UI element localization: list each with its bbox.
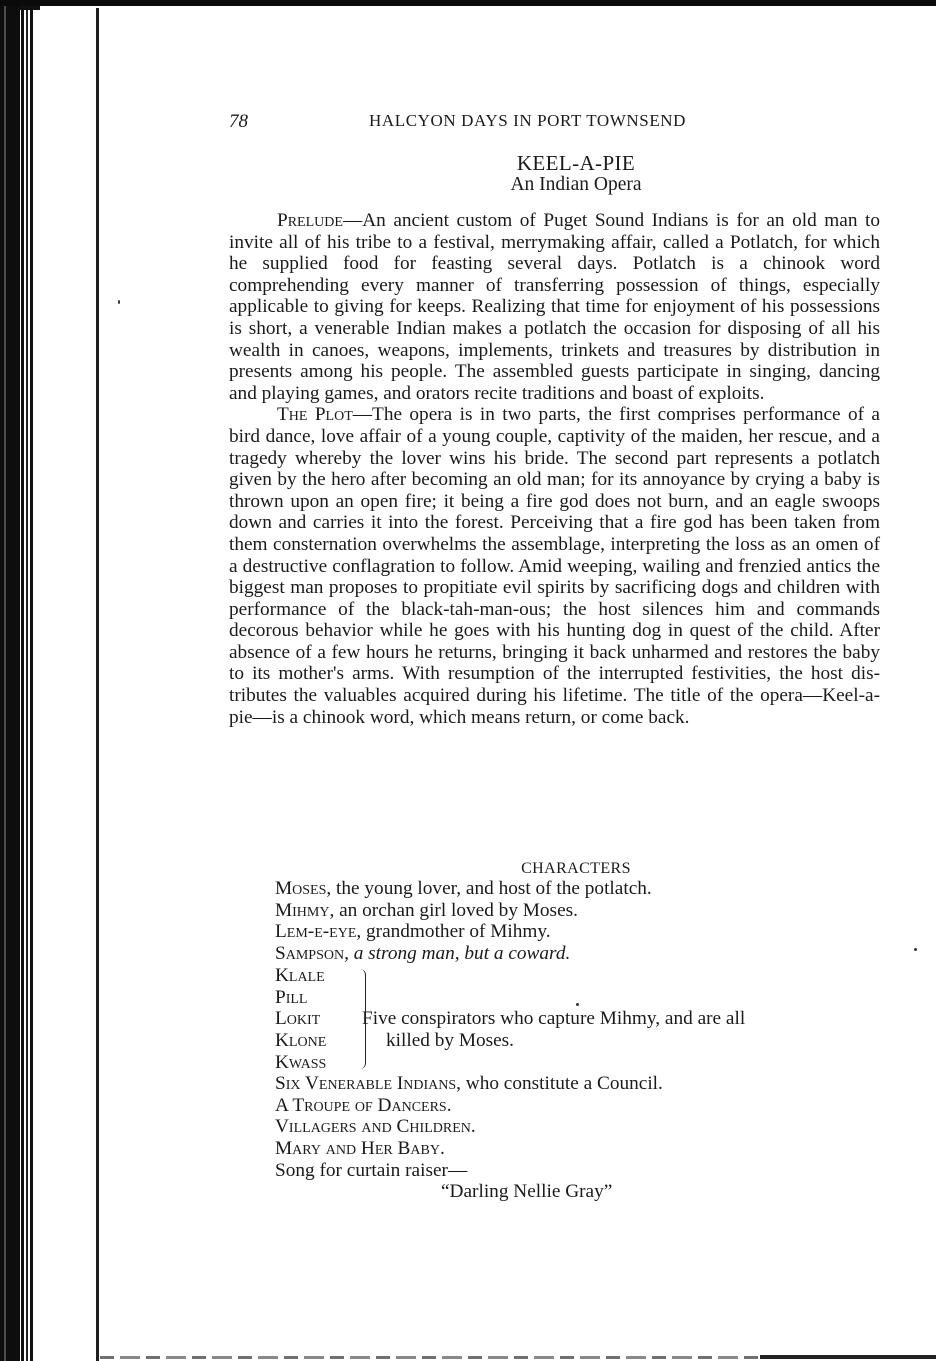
conspirator-name: Klale	[275, 965, 357, 987]
conspirators-desc-line: Five conspirators who capture Mihmy, and…	[362, 1008, 882, 1030]
plot-paragraph: The Plot—The opera is in two parts, the …	[229, 404, 880, 728]
character-desc: .	[471, 1116, 476, 1137]
character-name: Sampson	[275, 943, 344, 964]
character-desc: , who constitute a Council.	[456, 1073, 663, 1094]
prelude-text: —An ancient custom of Puget Sound Indian…	[229, 210, 880, 404]
character-entry: Moses, the young lover, and host of the …	[275, 878, 885, 900]
scan-speck	[576, 1003, 579, 1006]
character-desc: , an orchan girl loved by Moses.	[329, 900, 577, 921]
scan-top-border	[0, 0, 936, 6]
plot-label: The Plot	[277, 404, 353, 425]
character-name: Lem-e-eye	[275, 921, 356, 942]
character-entry: A Troupe of Dancers.	[275, 1095, 885, 1117]
page-number: 78	[229, 111, 248, 133]
character-desc: , the young lover, and host of the potla…	[326, 878, 651, 899]
book-title: HALCYON DAYS IN PORT TOWNSEND	[369, 111, 686, 131]
binding-edge	[21, 8, 35, 1361]
character-entry: Six Venerable Indians, who constitute a …	[275, 1073, 885, 1095]
character-name: A Troupe of Dancers	[275, 1095, 447, 1116]
character-entry: Villagers and Children.	[275, 1116, 885, 1138]
scan-corner	[20, 6, 40, 10]
character-name: Moses	[275, 878, 326, 899]
opera-subtitle: An Indian Opera	[229, 174, 883, 196]
conspirators-group: Klale Pill Lokit Klone Kwass Five conspi…	[275, 965, 885, 1073]
character-entry: Mihmy, an orchan girl loved by Moses.	[275, 900, 885, 922]
conspirator-name: Klone	[275, 1030, 357, 1052]
song-title: “Darling Nellie Gray”	[275, 1181, 885, 1203]
character-entry: Lem-e-eye, grandmother of Mihmy.	[275, 921, 885, 943]
song-label: Song for curtain raiser—	[275, 1160, 885, 1182]
opera-title: KEEL-A-PIE	[229, 151, 883, 176]
page-edge-line	[96, 8, 99, 1361]
characters-heading: CHARACTERS	[229, 860, 883, 878]
character-entry: Mary and Her Baby.	[275, 1138, 885, 1160]
scan-speck	[118, 300, 120, 304]
body-text: Prelude—An ancient custom of Puget Sound…	[229, 210, 880, 728]
book-spine-shadow	[0, 0, 20, 1361]
character-desc: , a strong man, but a coward.	[344, 943, 570, 964]
conspirator-name: Lokit	[275, 1008, 357, 1030]
spine-highlight	[4, 0, 6, 1361]
character-name: Mihmy	[275, 900, 329, 921]
conspirators-desc: Five conspirators who capture Mihmy, and…	[362, 1008, 882, 1051]
character-entry: Sampson, a strong man, but a coward.	[275, 943, 885, 965]
running-head: 78 HALCYON DAYS IN PORT TOWNSEND	[229, 111, 883, 135]
character-name: Mary and Her Baby	[275, 1138, 440, 1159]
characters-list: Moses, the young lover, and host of the …	[275, 878, 885, 1203]
plot-text: —The opera is in two parts, the first co…	[229, 404, 880, 727]
conspirators-desc-line: killed by Moses.	[362, 1030, 882, 1052]
character-desc: , grandmother of Mihmy.	[356, 921, 550, 942]
prelude-paragraph: Prelude—An ancient custom of Puget Sound…	[229, 210, 880, 404]
scan-bottom-corner	[760, 1355, 936, 1359]
conspirator-name: Kwass	[275, 1052, 357, 1074]
character-desc: .	[447, 1095, 452, 1116]
prelude-label: Prelude	[277, 210, 343, 231]
scan-speck	[914, 948, 917, 951]
character-name: Six Venerable Indians	[275, 1073, 456, 1094]
conspirator-names: Klale Pill Lokit Klone Kwass	[275, 965, 357, 1074]
character-name: Villagers and Children	[275, 1116, 471, 1137]
conspirator-name: Pill	[275, 987, 357, 1009]
character-desc: .	[440, 1138, 445, 1159]
